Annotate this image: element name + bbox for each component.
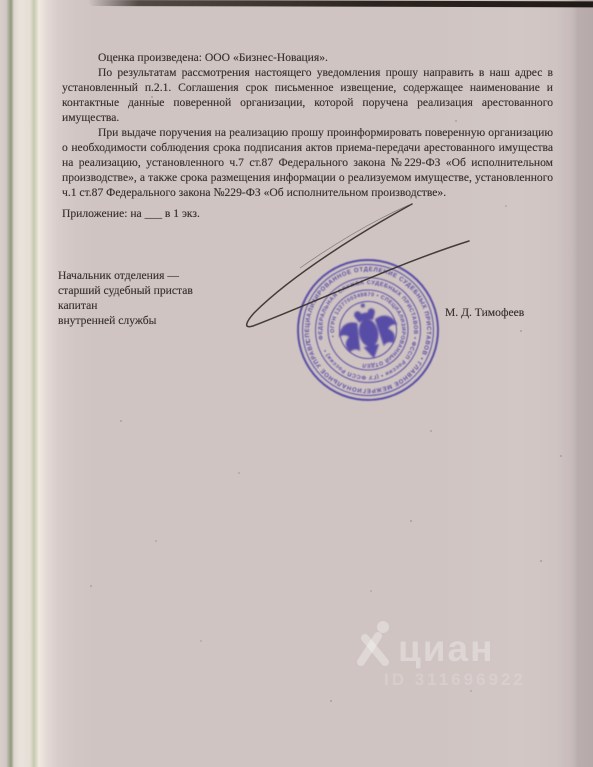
signer-rank-line: внутренней службы [58, 313, 278, 328]
scan-noise-speckles [0, 0, 2, 2]
signature-title-block: Начальник отделения — старший судебный п… [58, 268, 278, 328]
cian-watermark: циан ID 311696922 [356, 620, 556, 700]
paragraph-instructions: При выдаче поручения на реализацию прошу… [62, 125, 553, 200]
signer-rank-line: капитан [58, 298, 278, 313]
paragraph-attachment: Приложение: на ___ в 1 экз. [62, 206, 553, 221]
cian-watermark-id: ID 311696922 [384, 670, 556, 690]
paragraph-valuation: Оценка произведена: ООО «Бизнес-Новация»… [62, 50, 553, 65]
cian-person-icon [356, 620, 390, 666]
paragraph-notice: По результатам рассмотрения настоящего у… [62, 65, 553, 125]
signer-title-line: Начальник отделения — [58, 268, 278, 283]
cian-watermark-brand: циан [398, 632, 494, 666]
signer-name: М. Д. Тимофеев [445, 306, 524, 319]
document-body: Оценка произведена: ООО «Бизнес-Новация»… [62, 50, 553, 221]
signer-title-line: старший судебный пристав [58, 283, 278, 298]
